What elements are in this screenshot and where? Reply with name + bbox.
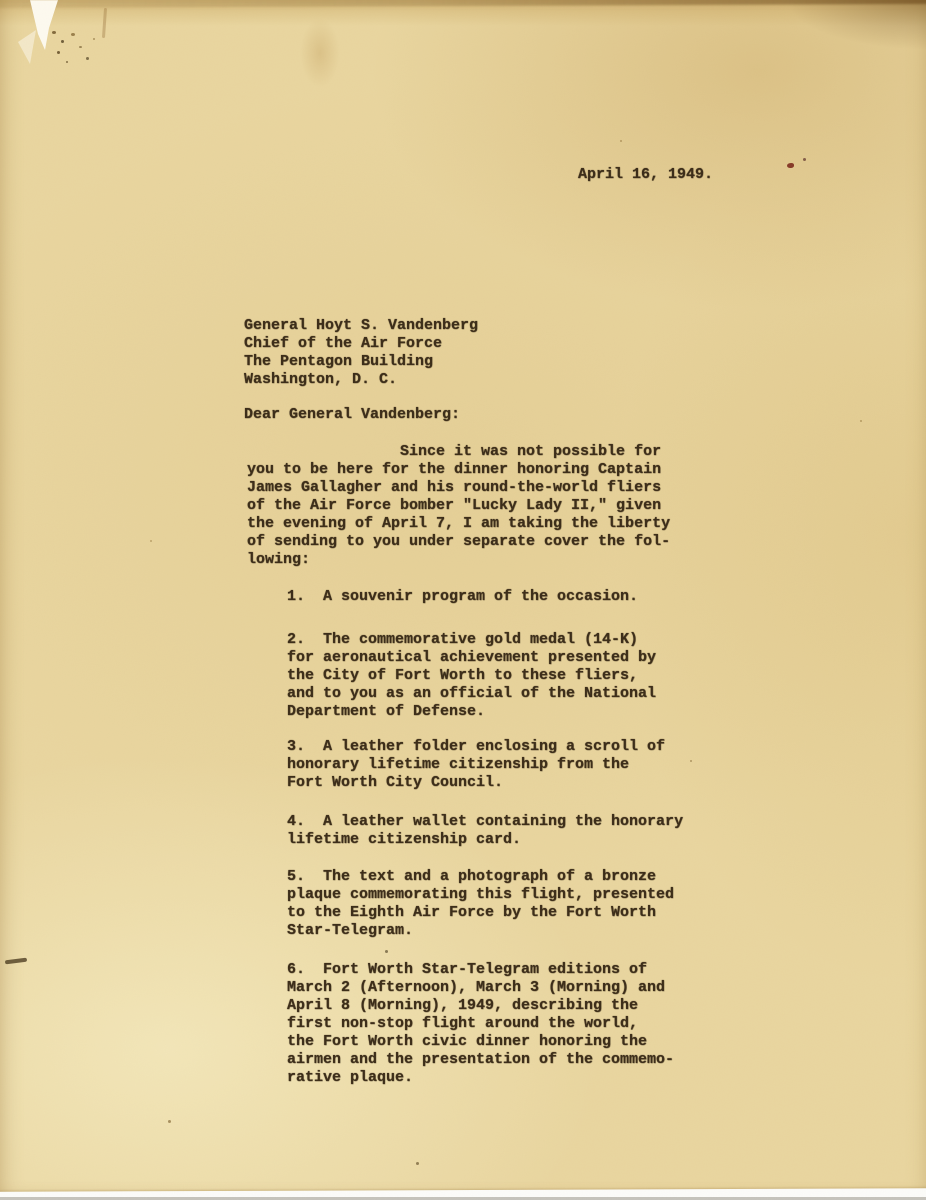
enclosure-item: 1. A souvenir program of the occasion. bbox=[287, 588, 638, 606]
enclosure-item: 5. The text and a photograph of a bronze… bbox=[287, 868, 674, 940]
scanned-letter-page: April 16, 1949. General Hoyt S. Vandenbe… bbox=[0, 0, 926, 1200]
enclosure-item: 4. A leather wallet containing the honor… bbox=[287, 813, 683, 849]
enclosure-item: 6. Fort Worth Star-Telegram editions of … bbox=[287, 961, 674, 1087]
scan-corner-shadow bbox=[786, 0, 926, 50]
enclosure-item: 3. A leather folder enclosing a scroll o… bbox=[287, 738, 665, 792]
enclosure-list: 1. A souvenir program of the occasion.2.… bbox=[287, 0, 717, 1200]
enclosure-item: 2. The commemorative gold medal (14-K) f… bbox=[287, 631, 656, 721]
